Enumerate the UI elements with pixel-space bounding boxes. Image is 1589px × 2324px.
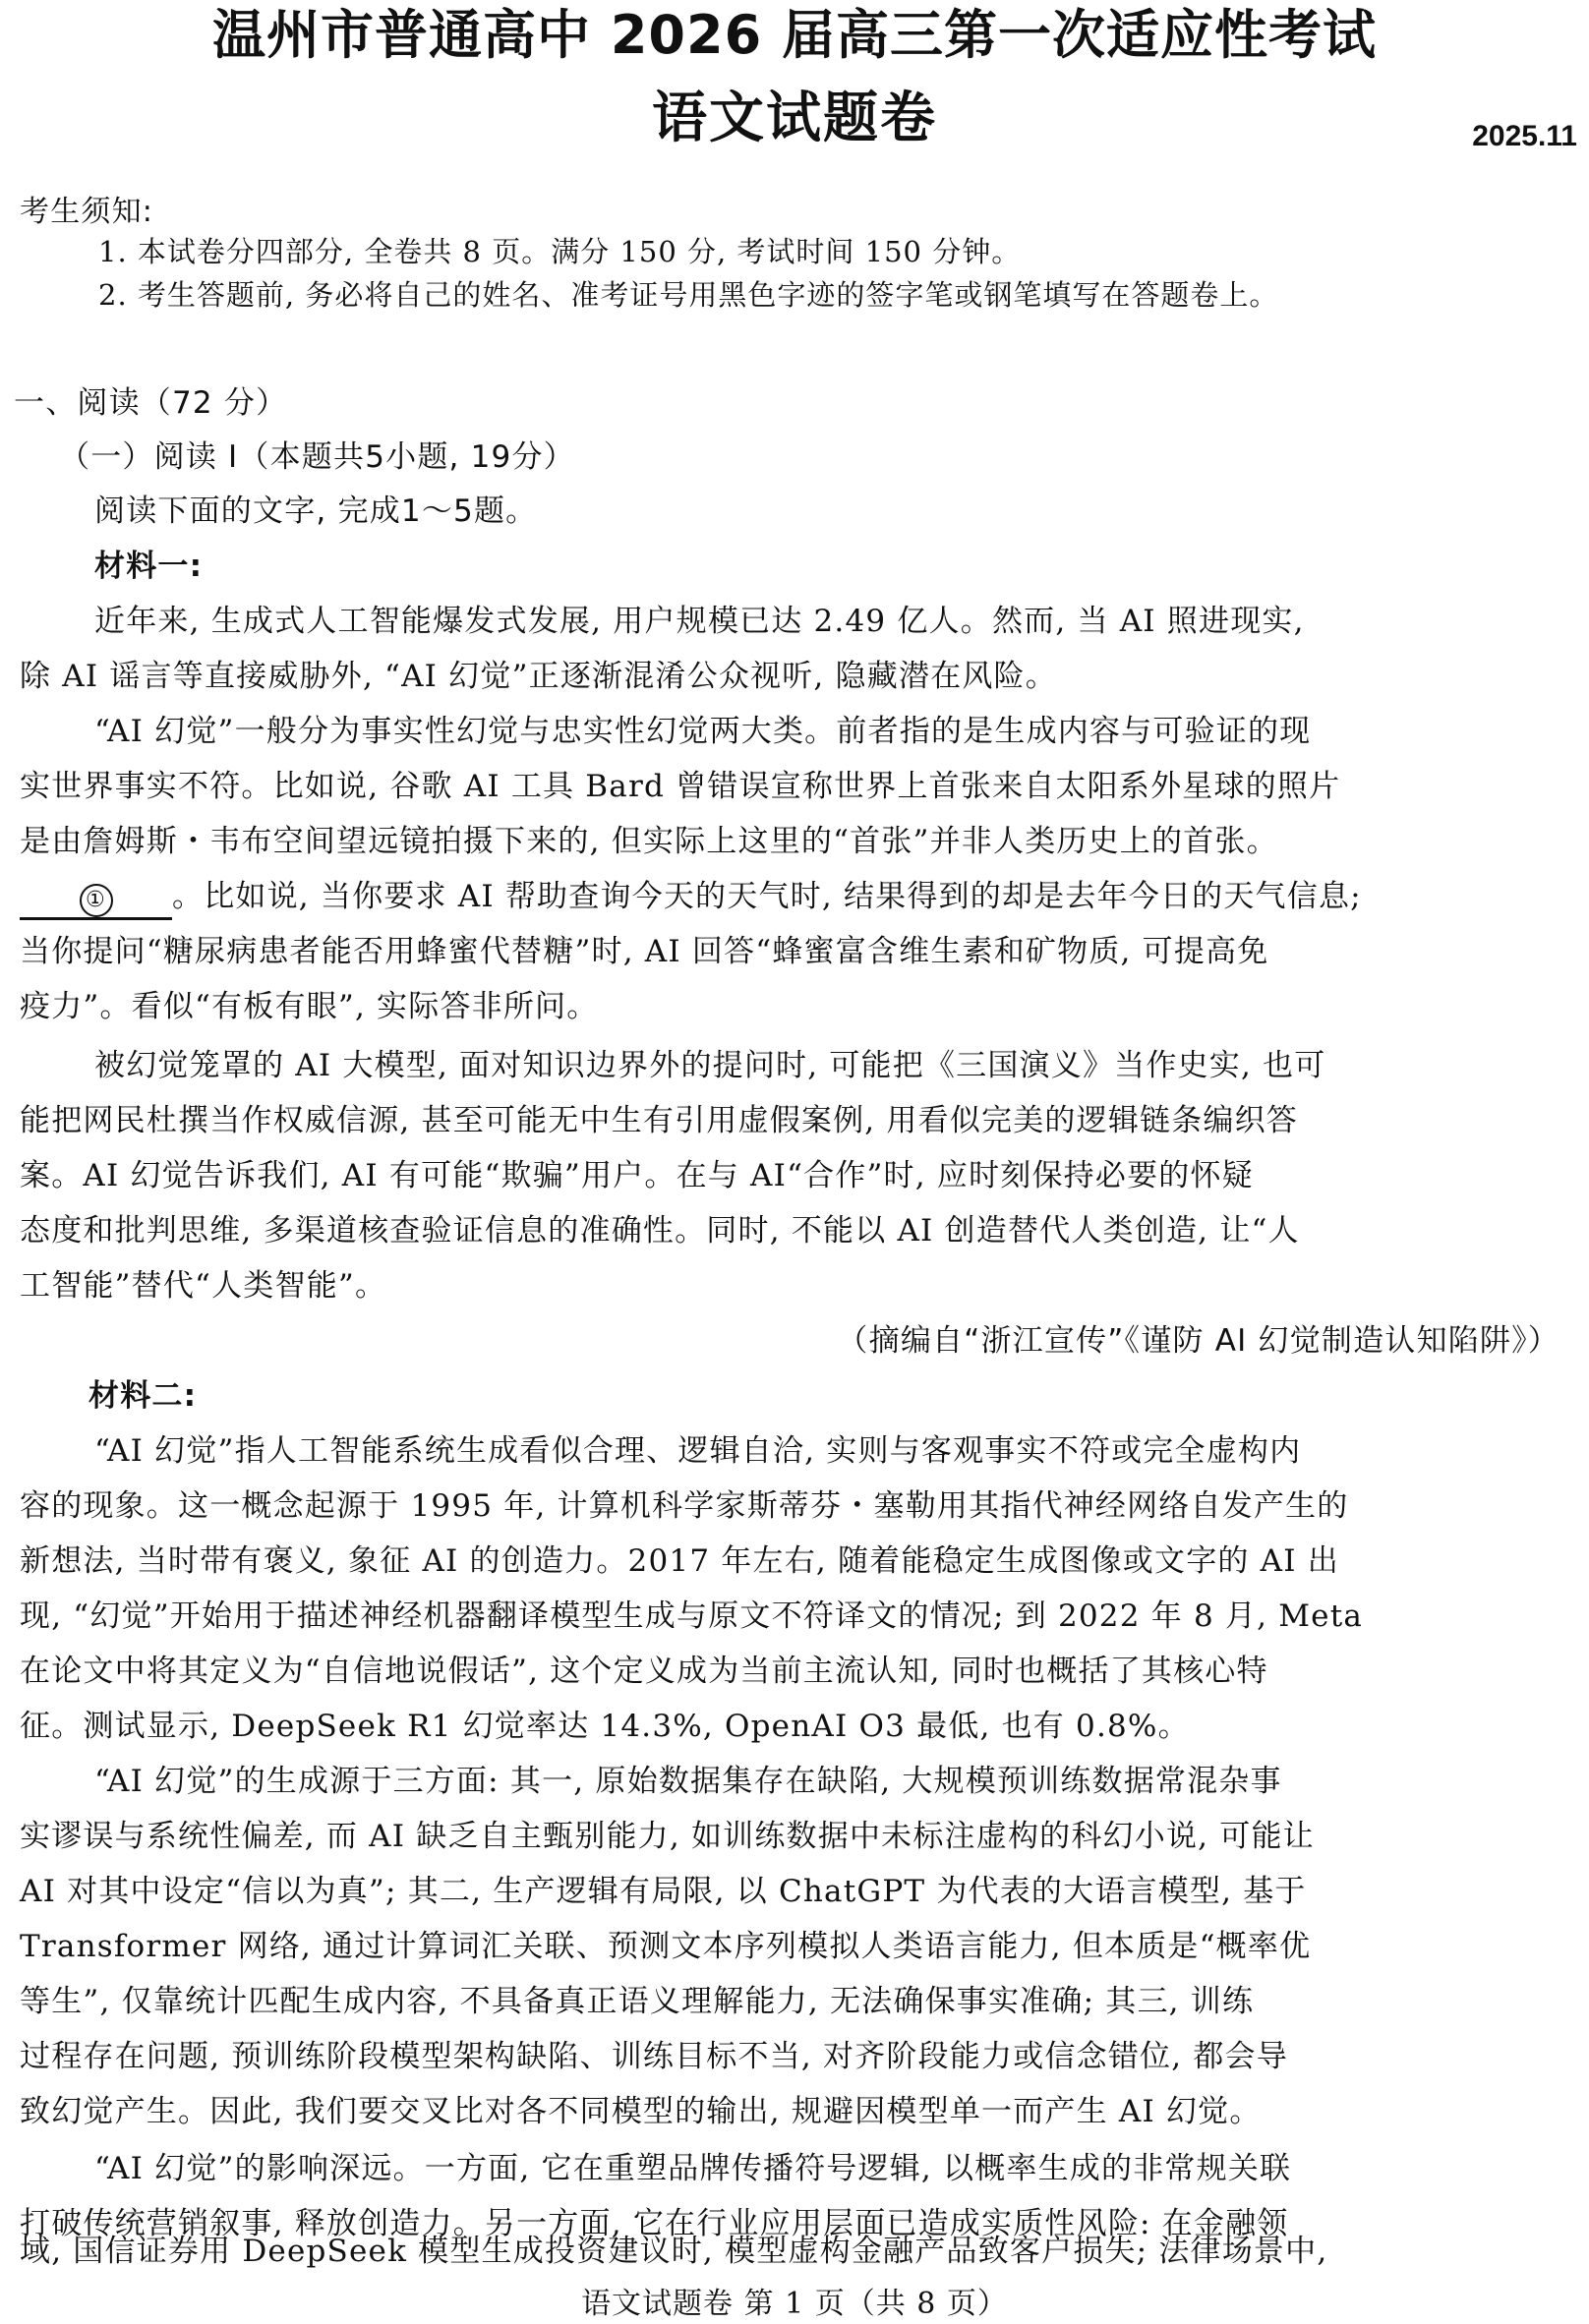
paragraph-line: 当你提问“糖尿病患者能否用蜂蜜代替糖”时, AI 回答“蜂蜜富含维生素和矿物质,…	[20, 932, 1579, 971]
paragraph-line: 实谬误与系统性偏差, 而 AI 缺乏自主甄别能力, 如训练数据中未标注虚构的科幻…	[20, 1817, 1579, 1856]
paragraph-line: “AI 幻觉”指人工智能系统生成看似合理、逻辑自洽, 实则与客观事实不符或完全虚…	[94, 1431, 1579, 1471]
paragraph-line: Transformer 网络, 通过计算词汇关联、预测文本序列模拟人类语言能力,…	[20, 1927, 1579, 1966]
paragraph-line: 被幻觉笼罩的 AI 大模型, 面对知识边界外的提问时, 可能把《三国演义》当作史…	[94, 1046, 1579, 1085]
paragraph-line: AI 对其中设定“信以为真”; 其二, 生产逻辑有局限, 以 ChatGPT 为…	[20, 1872, 1579, 1911]
paragraph-line: 实世界事实不符。比如说, 谷歌 AI 工具 Bard 曾错误宣称世界上首张来自太…	[20, 767, 1579, 806]
notice-heading: 考生须知:	[20, 193, 1579, 232]
notice-item-1: 1. 本试卷分四部分, 全卷共 8 页。满分 150 分, 考试时间 150 分…	[98, 232, 1579, 271]
paragraph-text: 。比如说, 当你要求 AI 帮助查询今天的天气时, 结果得到的却是去年今日的天气…	[172, 879, 1362, 914]
subsection-heading: （一）阅读 I（本题共5小题, 19分）	[59, 437, 1579, 477]
blank-line: ①。比如说, 当你要求 AI 帮助查询今天的天气时, 结果得到的却是去年今日的天…	[20, 877, 1579, 920]
paragraph-line: “AI 幻觉”的生成源于三方面: 其一, 原始数据集存在缺陷, 大规模预训练数据…	[94, 1762, 1579, 1801]
notice-item-2: 2. 考生答题前, 务必将自己的姓名、准考证号用黑色字迹的签字笔或钢笔填写在答题…	[98, 275, 1579, 315]
paragraph-line: 疫力”。看似“有板有眼”, 实际答非所问。	[20, 987, 1579, 1026]
paragraph-line: 工智能”替代“人类智能”。	[20, 1266, 1579, 1306]
paragraph-line: 现, “幻觉”开始用于描述神经机器翻译模型生成与原文不符译文的情况; 到 202…	[20, 1597, 1579, 1636]
paragraph-line: 征。测试显示, DeepSeek R1 幻觉率达 14.3%, OpenAI O…	[20, 1707, 1579, 1746]
paragraph-line: 能把网民杜撰当作权威信源, 甚至可能无中生有引用虚假案例, 用看似完美的逻辑链条…	[20, 1101, 1579, 1140]
page-footer: 语文试题卷 第 1 页（共 8 页）	[0, 2279, 1589, 2322]
exam-title: 温州市普通高中 2026 届高三第一次适应性考试	[0, 4, 1589, 67]
paragraph-line: 新想法, 当时带有褒义, 象征 AI 的创造力。2017 年左右, 随着能稳定生…	[20, 1541, 1579, 1581]
paragraph-line: 致幻觉产生。因此, 我们要交叉比对各不同模型的输出, 规避因模型单一而产生 AI…	[20, 2092, 1579, 2131]
material2-label: 材料二:	[88, 1376, 1579, 1416]
material1-source: （摘编自“浙江宣传”《谨防 AI 幻觉制造认知陷阱》）	[837, 1321, 1560, 1361]
paragraph-line: 近年来, 生成式人工智能爆发式发展, 用户规模已达 2.49 亿人。然而, 当 …	[94, 602, 1579, 641]
paragraph-line-last: 域, 国信证券用 DeepSeek 模型生成投资建议时, 模型虚构金融产品致客户…	[20, 2232, 1579, 2271]
blank-marker: ①	[80, 884, 113, 917]
material1-label: 材料一:	[94, 547, 1579, 586]
paragraph-line: 是由詹姆斯・韦布空间望远镜拍摄下来的, 但实际上这里的“首张”并非人类历史上的首…	[20, 822, 1579, 861]
paragraph-line: 在论文中将其定义为“自信地说假话”, 这个定义成为当前主流认知, 同时也概括了其…	[20, 1652, 1579, 1691]
exam-subtitle: 语文试题卷	[0, 87, 1589, 151]
instruction: 阅读下面的文字, 完成1～5题。	[94, 492, 1579, 531]
paragraph-line: 等生”, 仅靠统计匹配生成内容, 不具备真正语义理解能力, 无法确保事实准确; …	[20, 1982, 1579, 2021]
fill-in-blank-1[interactable]: ①	[20, 881, 172, 920]
paragraph-line: 态度和批判思维, 多渠道核查验证信息的准确性。同时, 不能以 AI 创造替代人类…	[20, 1211, 1579, 1250]
paragraph-line: 过程存在问题, 预训练阶段模型架构缺陷、训练目标不当, 对齐阶段能力或信念错位,…	[20, 2037, 1579, 2076]
paragraph-line: 案。AI 幻觉告诉我们, AI 有可能“欺骗”用户。在与 AI“合作”时, 应时…	[20, 1156, 1579, 1195]
exam-date: 2025.11	[1472, 120, 1577, 153]
paragraph-line: “AI 幻觉”的影响深远。一方面, 它在重塑品牌传播符号逻辑, 以概率生成的非常…	[94, 2149, 1579, 2188]
paragraph-line: 除 AI 谣言等直接威胁外, “AI 幻觉”正逐渐混淆公众视听, 隐藏潜在风险。	[20, 657, 1579, 696]
section-heading: 一、阅读（72 分）	[14, 383, 1579, 423]
paragraph-line: “AI 幻觉”一般分为事实性幻觉与忠实性幻觉两大类。前者指的是生成内容与可验证的…	[94, 712, 1579, 751]
paragraph-line: 容的现象。这一概念起源于 1995 年, 计算机科学家斯蒂芬・塞勒用其指代神经网…	[20, 1486, 1579, 1526]
